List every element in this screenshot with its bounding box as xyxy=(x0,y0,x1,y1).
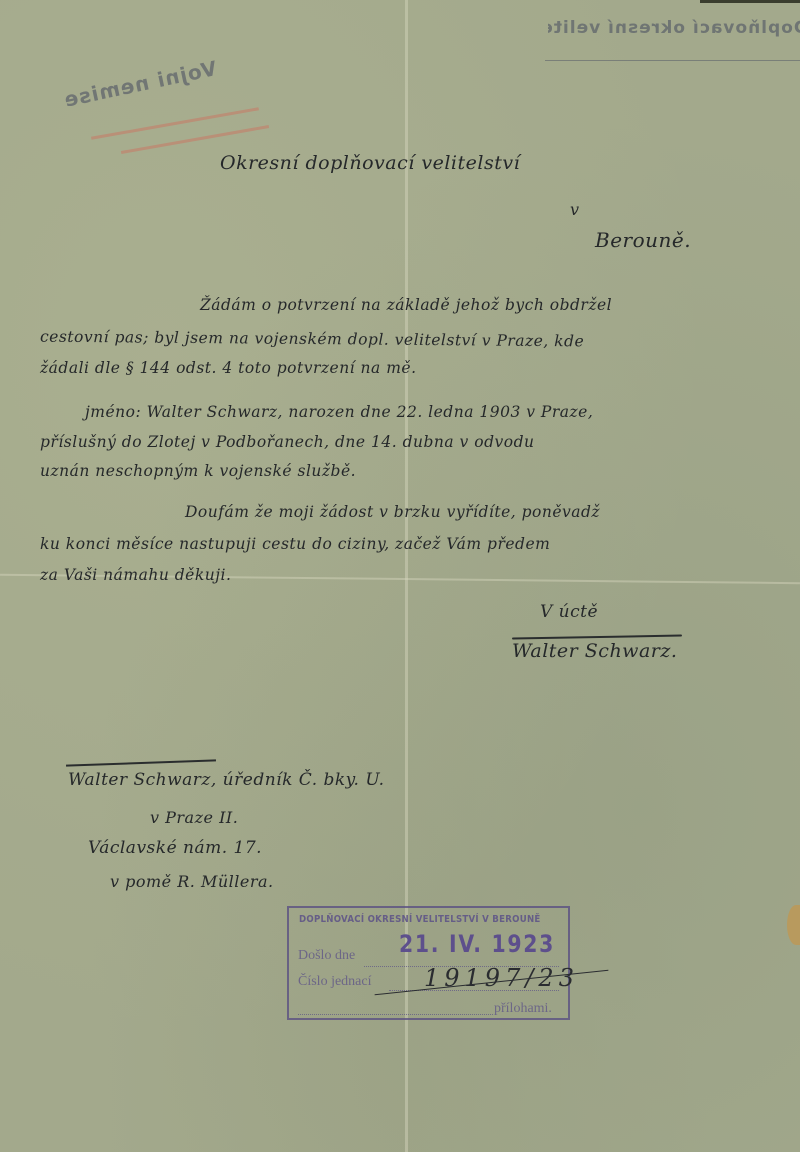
sender-street: Václavské nám. 17. xyxy=(88,838,262,858)
closing-salutation: V úctě xyxy=(540,602,598,622)
paper-top-edge xyxy=(700,0,800,3)
paper-tear xyxy=(787,905,800,945)
stamp-attachments-label: přílohami. xyxy=(494,1001,552,1017)
signature-flourish xyxy=(512,635,682,640)
addressee-office: Okresní doplňovací velitelství xyxy=(220,152,520,174)
faint-stamp-top-left: Vojni nemise xyxy=(61,56,219,112)
signature: Walter Schwarz. xyxy=(512,640,677,662)
body-line: příslušný do Zlotej v Podbořanech, dne 1… xyxy=(40,433,534,451)
signature-flourish xyxy=(66,759,216,766)
body-line: Doufám že moji žádost v brzku vyřídíte, … xyxy=(185,503,600,521)
sender-name: Walter Schwarz, úředník Č. bky. U. xyxy=(68,770,385,790)
addressee-city: Berouně. xyxy=(595,228,691,252)
stamp-received-label: Došlo dne xyxy=(298,948,355,964)
faint-stamp-top-right: Doplňovací okresní velitelství v Berouně xyxy=(548,18,800,38)
red-pencil-mark xyxy=(91,107,259,139)
stamp-dotted-line xyxy=(298,1014,493,1015)
stamp-header: DOPLŇOVACÍ OKRESNÍ VELITELSTVÍ V BEROUNĚ xyxy=(299,914,541,925)
body-line: jméno: Walter Schwarz, narozen dne 22. l… xyxy=(85,403,593,421)
stamp-received-date: 21. IV. 1923 xyxy=(399,930,555,958)
body-line: uznán neschopným k vojenské službě. xyxy=(40,462,356,480)
body-line: ku konci měsíce nastupuji cestu do cizin… xyxy=(40,535,550,553)
sender-care-of: v pomě R. Müllera. xyxy=(110,872,274,891)
faint-stamp-underline xyxy=(545,60,800,61)
body-line: Žádám o potvrzení na základě jehož bych … xyxy=(200,296,612,314)
body-line: žádali dle § 144 odst. 4 toto potvrzení … xyxy=(40,359,417,377)
addressee-preposition: v xyxy=(570,200,580,219)
sender-city: v Praze II. xyxy=(150,808,238,827)
registry-stamp: DOPLŇOVACÍ OKRESNÍ VELITELSTVÍ V BEROUNĚ… xyxy=(287,906,570,1020)
stamp-reference-label: Číslo jednací xyxy=(298,974,372,990)
body-line: cestovní pas; byl jsem na vojenském dopl… xyxy=(40,328,584,351)
body-line: za Vaši námahu děkuji. xyxy=(40,566,231,584)
stamp-reference-number: 19197/23 xyxy=(424,964,579,992)
